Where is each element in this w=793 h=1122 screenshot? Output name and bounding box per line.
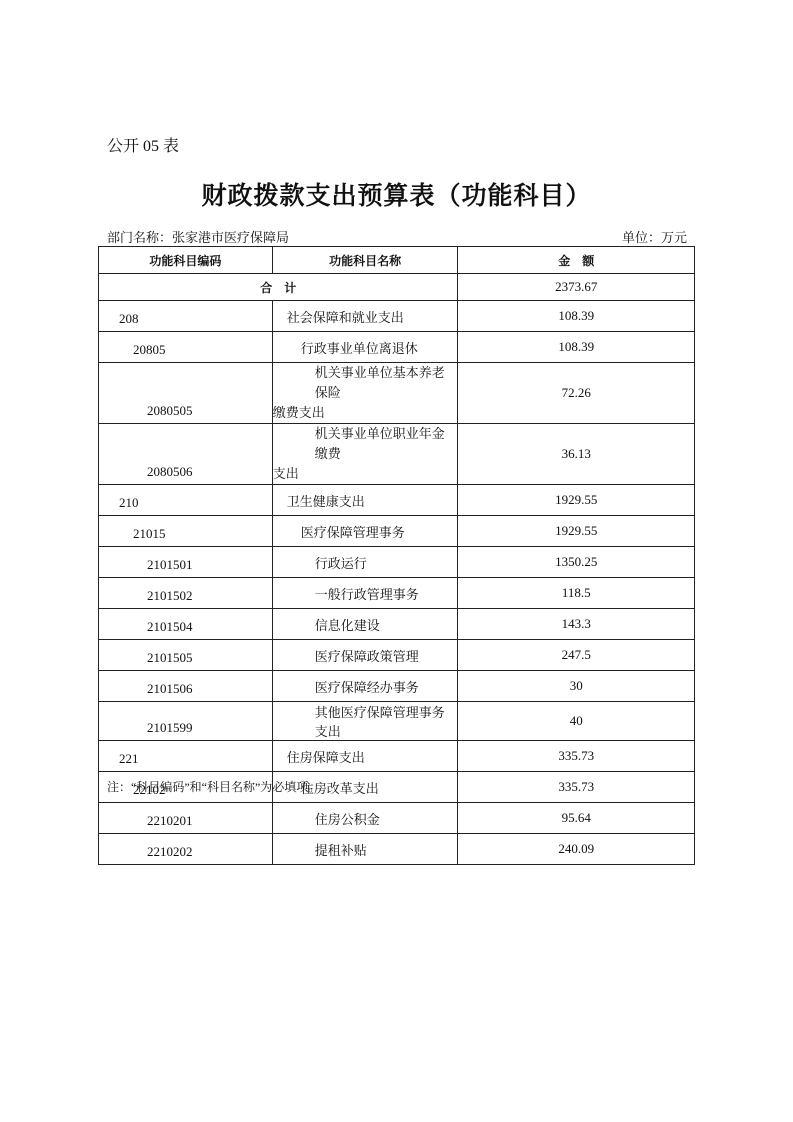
total-row: 合 计 2373.67 [99, 274, 695, 301]
row-name: 其他医疗保障管理事务支出 [272, 702, 458, 741]
row-amount: 143.3 [458, 609, 695, 640]
row-name-line2: 缴费支出 [273, 403, 458, 423]
table-row: 2101501 行政运行 1350.25 [99, 547, 695, 578]
table-row: 20805 行政事业单位离退休 108.39 [99, 332, 695, 363]
table-row: 2080505 机关事业单位基本养老保险 缴费支出 72.26 [99, 363, 695, 424]
row-code: 2210201 [99, 803, 273, 834]
row-name: 医疗保障政策管理 [272, 640, 458, 671]
form-number: 公开 05 表 [107, 133, 179, 156]
row-code: 208 [99, 301, 273, 332]
row-code: 20805 [99, 332, 273, 363]
header-code: 功能科目编码 [99, 247, 273, 274]
row-amount: 118.5 [458, 578, 695, 609]
row-amount: 1929.55 [458, 516, 695, 547]
row-name: 一般行政管理事务 [272, 578, 458, 609]
row-name: 医疗保障经办事务 [272, 671, 458, 702]
row-amount: 335.73 [458, 772, 695, 803]
row-amount: 36.13 [458, 424, 695, 485]
header-name: 功能科目名称 [272, 247, 458, 274]
row-name: 卫生健康支出 [272, 485, 458, 516]
table-row: 2210201 住房公积金 95.64 [99, 803, 695, 834]
row-amount: 72.26 [458, 363, 695, 424]
row-code: 2101504 [99, 609, 273, 640]
row-amount: 95.64 [458, 803, 695, 834]
row-amount: 247.5 [458, 640, 695, 671]
table-row: 221 住房保障支出 335.73 [99, 741, 695, 772]
row-name: 社会保障和就业支出 [272, 301, 458, 332]
row-code: 2101599 [99, 702, 273, 741]
total-amount: 2373.67 [458, 274, 695, 301]
total-label: 合 计 [99, 274, 458, 301]
row-code: 210 [99, 485, 273, 516]
budget-table: 功能科目编码 功能科目名称 金 额 合 计 2373.67 208 社会保障和就… [98, 246, 695, 865]
row-name-line1: 机关事业单位职业年金缴费 [273, 424, 458, 464]
row-name: 行政事业单位离退休 [272, 332, 458, 363]
row-name-line2: 支出 [273, 464, 458, 484]
row-amount: 1350.25 [458, 547, 695, 578]
table-row: 2101502 一般行政管理事务 118.5 [99, 578, 695, 609]
meta-line: 部门名称：张家港市医疗保障局 单位：万元 [107, 227, 687, 246]
row-name: 住房公积金 [272, 803, 458, 834]
row-name: 医疗保障管理事务 [272, 516, 458, 547]
row-name: 住房保障支出 [272, 741, 458, 772]
department-name: 部门名称：张家港市医疗保障局 [107, 227, 289, 246]
row-name-line1: 机关事业单位基本养老保险 [273, 363, 458, 403]
table-row: 208 社会保障和就业支出 108.39 [99, 301, 695, 332]
row-name: 行政运行 [272, 547, 458, 578]
page-title: 财政拨款支出预算表（功能科目） [0, 176, 793, 212]
header-amount: 金 额 [458, 247, 695, 274]
row-code: 2080506 [99, 424, 273, 485]
unit-label: 单位：万元 [622, 227, 687, 246]
row-code: 2101501 [99, 547, 273, 578]
row-code: 2080505 [99, 363, 273, 424]
row-code: 2101505 [99, 640, 273, 671]
table-row: 2101599 其他医疗保障管理事务支出 40 [99, 702, 695, 741]
table-row: 21015 医疗保障管理事务 1929.55 [99, 516, 695, 547]
row-amount: 335.73 [458, 741, 695, 772]
row-amount: 240.09 [458, 834, 695, 865]
row-name: 机关事业单位基本养老保险 缴费支出 [272, 363, 458, 424]
row-name: 机关事业单位职业年金缴费 支出 [272, 424, 458, 485]
row-name: 信息化建设 [272, 609, 458, 640]
row-amount: 108.39 [458, 332, 695, 363]
table-row: 210 卫生健康支出 1929.55 [99, 485, 695, 516]
row-code: 2210202 [99, 834, 273, 865]
footnote: 注：“科目编码”和“科目名称”为必填项。 [107, 778, 320, 795]
table-row: 2101506 医疗保障经办事务 30 [99, 671, 695, 702]
row-amount: 40 [458, 702, 695, 741]
table-header-row: 功能科目编码 功能科目名称 金 额 [99, 247, 695, 274]
row-code: 2101502 [99, 578, 273, 609]
table-row: 2080506 机关事业单位职业年金缴费 支出 36.13 [99, 424, 695, 485]
table-row: 2101504 信息化建设 143.3 [99, 609, 695, 640]
table-row: 2101505 医疗保障政策管理 247.5 [99, 640, 695, 671]
row-name: 提租补贴 [272, 834, 458, 865]
row-amount: 1929.55 [458, 485, 695, 516]
row-code: 221 [99, 741, 273, 772]
row-code: 2101506 [99, 671, 273, 702]
row-amount: 30 [458, 671, 695, 702]
table-row: 2210202 提租补贴 240.09 [99, 834, 695, 865]
row-amount: 108.39 [458, 301, 695, 332]
row-code: 21015 [99, 516, 273, 547]
